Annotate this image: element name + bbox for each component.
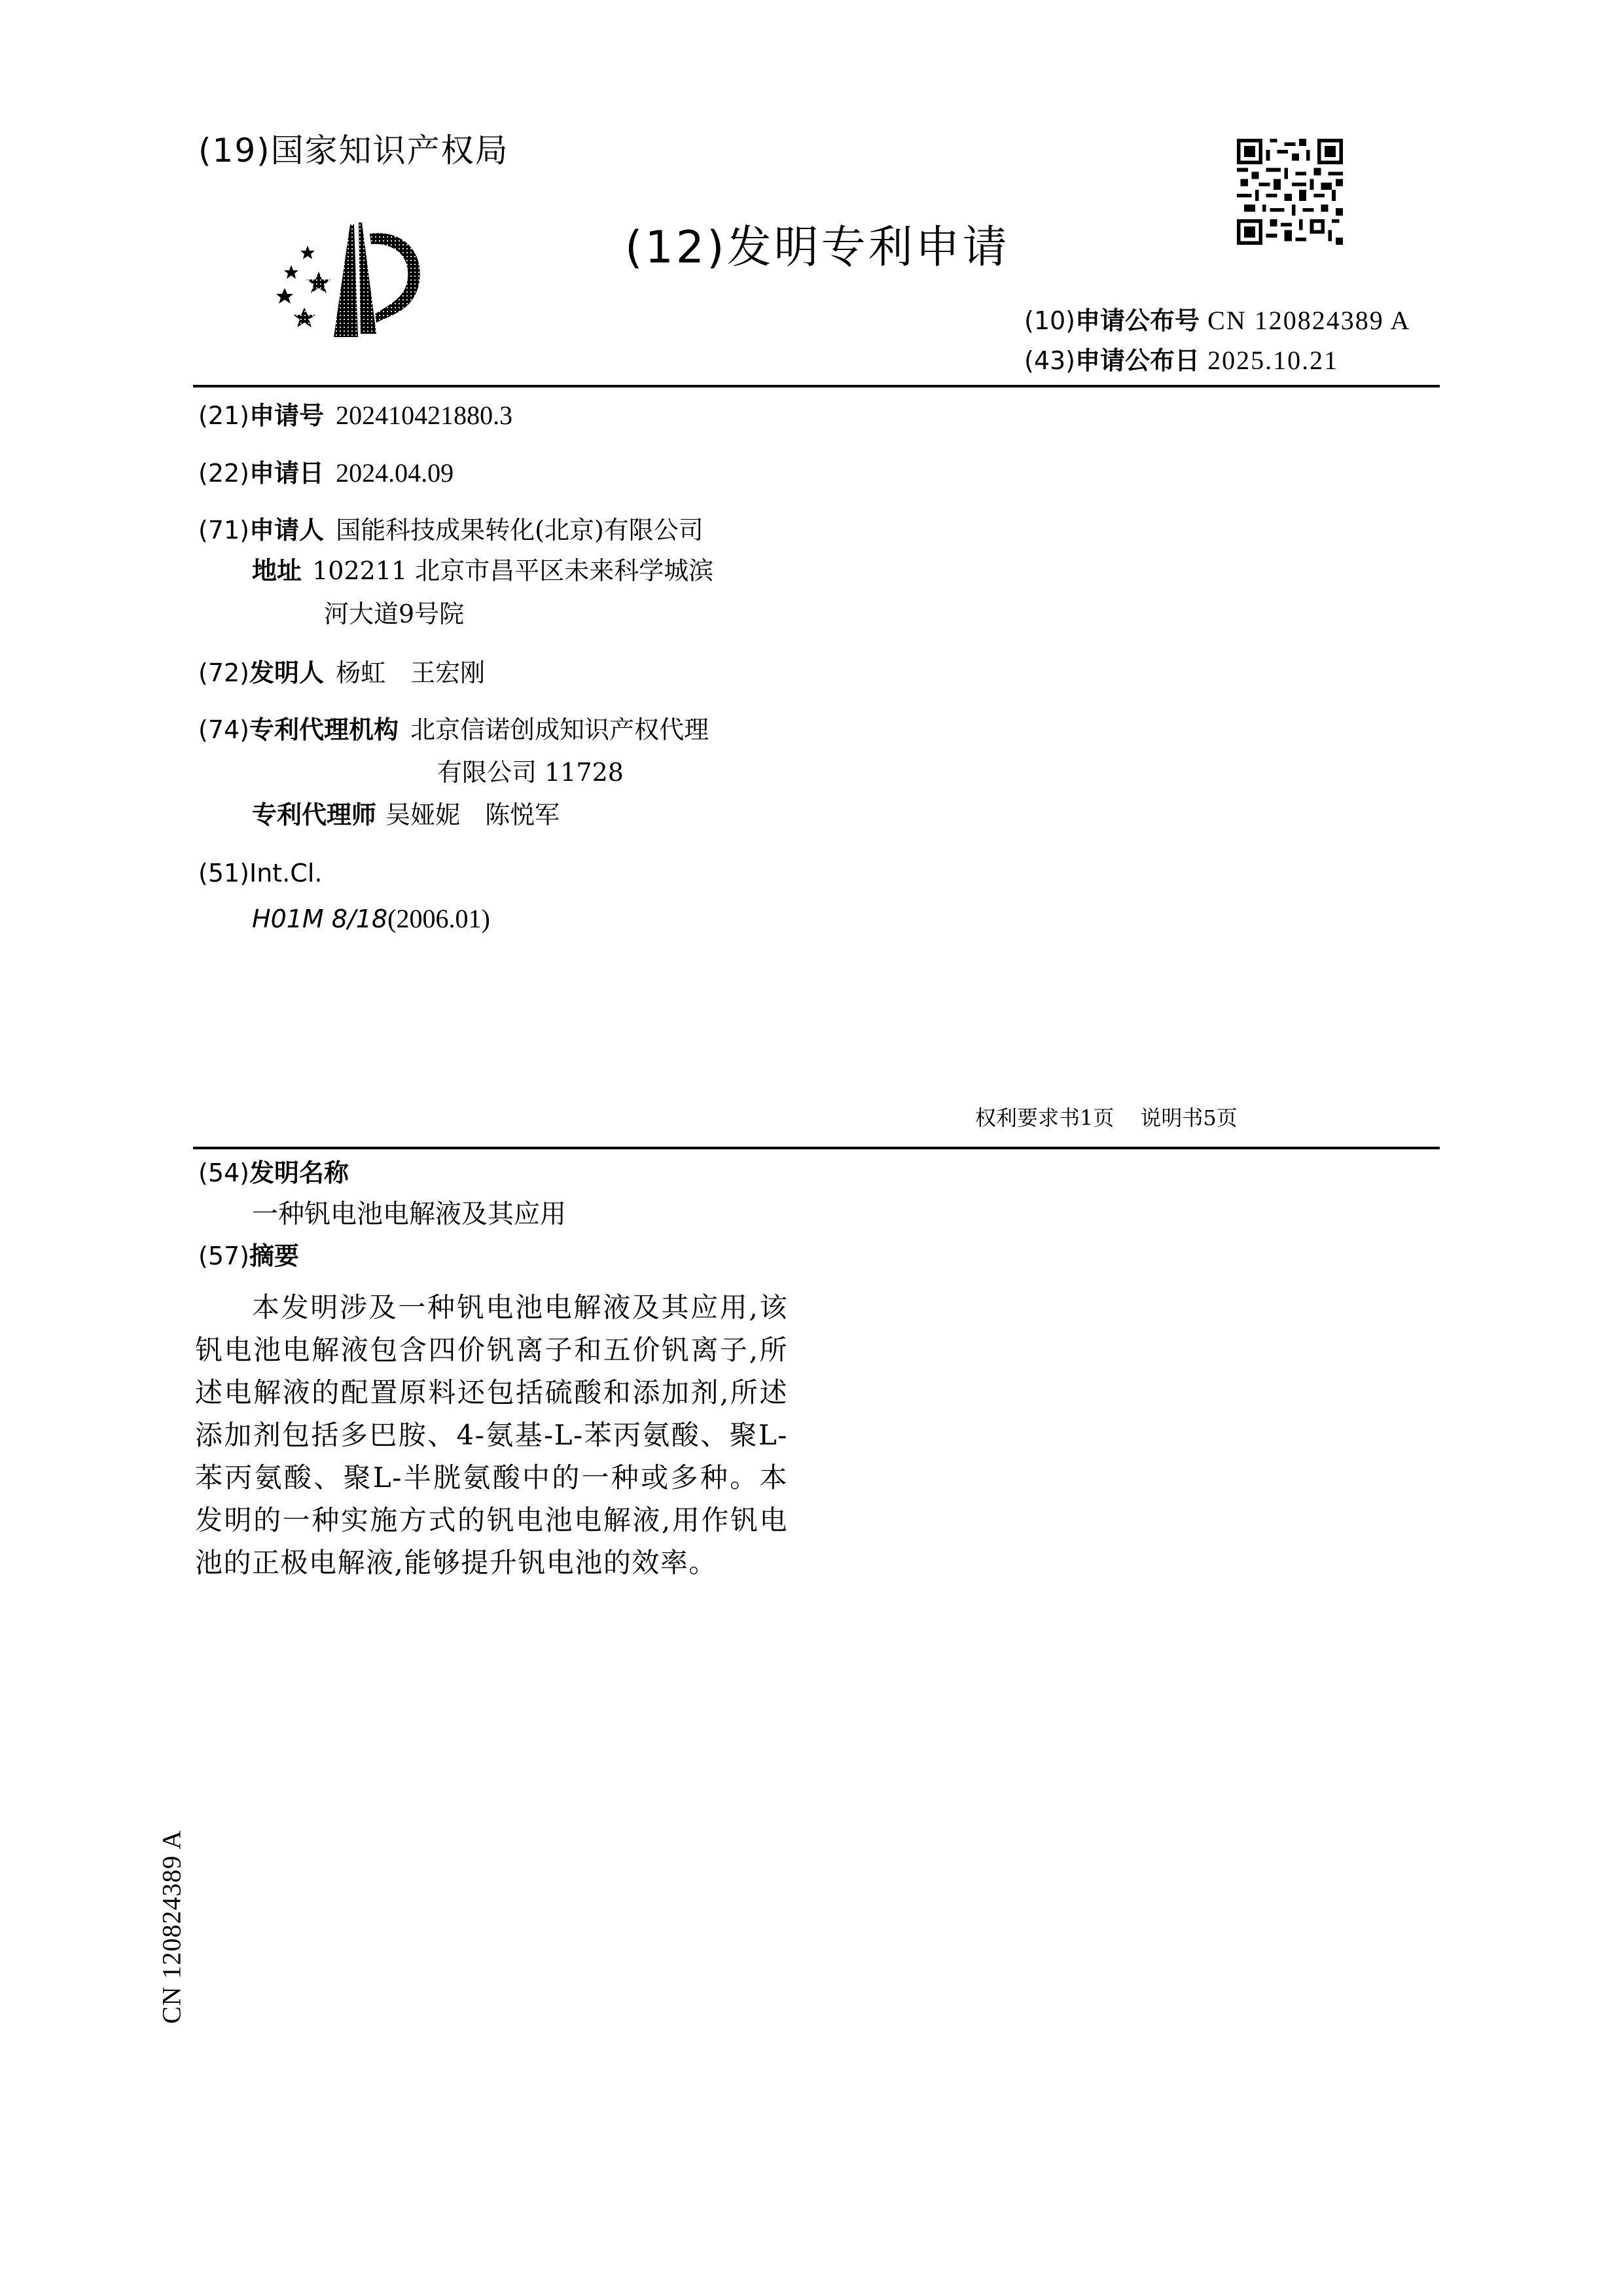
application-number-row: (21)申请号 202410421880.3 bbox=[198, 400, 512, 431]
agents-label: 专利代理师 bbox=[252, 800, 376, 829]
publication-number-label: 申请公布号 bbox=[1075, 306, 1200, 335]
inventors-label: 发明人 bbox=[249, 658, 324, 687]
description-page-count: 说明书5页 bbox=[1140, 1105, 1237, 1130]
ipc-code: (51) bbox=[198, 859, 249, 888]
filing-date-row: (22)申请日 2024.04.09 bbox=[198, 457, 454, 489]
publication-date-label: 申请公布日 bbox=[1075, 346, 1200, 375]
ipc-classification: H01M 8/18 bbox=[252, 905, 387, 933]
applicant-row: (71)申请人 国能科技成果转化(北京)有限公司 bbox=[198, 514, 704, 546]
doc-type-text: 发明专利申请 bbox=[727, 222, 1010, 274]
agents-value: 吴娅妮 陈悦军 bbox=[385, 800, 560, 829]
title-code: (54) bbox=[198, 1158, 249, 1187]
office-code: (19) bbox=[198, 132, 271, 170]
invention-title: 一种钒电池电解液及其应用 bbox=[252, 1198, 566, 1230]
publication-number-value: CN 120824389 A bbox=[1207, 306, 1410, 335]
publication-date-value: 2025.10.21 bbox=[1207, 346, 1338, 375]
header-divider bbox=[193, 385, 1440, 387]
inventors-code: (72) bbox=[198, 658, 249, 687]
side-publication-number: CN 120824389 A bbox=[156, 1830, 187, 2024]
applicant-label: 申请人 bbox=[249, 516, 324, 545]
publication-date-code: (43) bbox=[1024, 346, 1075, 375]
ipc-label: Int.Cl. bbox=[249, 859, 322, 888]
address-label: 地址 bbox=[252, 556, 302, 585]
applicant-value: 国能科技成果转化(北京)有限公司 bbox=[336, 516, 704, 545]
cnipa-logo-icon bbox=[272, 219, 422, 340]
address-line1: 102211 北京市昌平区未来科学城滨 bbox=[312, 556, 713, 585]
section-divider bbox=[193, 1147, 1440, 1149]
publication-date-row: (43)申请公布日 2025.10.21 bbox=[1024, 345, 1338, 376]
filing-date-value: 2024.04.09 bbox=[336, 458, 454, 488]
inventors-row: (72)发明人 杨虹 王宏刚 bbox=[198, 657, 485, 689]
office-name-text: 国家知识产权局 bbox=[271, 132, 509, 170]
application-number-value: 202410421880.3 bbox=[336, 401, 512, 430]
application-number-label: 申请号 bbox=[249, 401, 324, 430]
agency-label: 专利代理机构 bbox=[249, 715, 399, 744]
filing-date-label: 申请日 bbox=[249, 459, 324, 488]
abstract-label: 摘要 bbox=[249, 1242, 299, 1270]
agency-line1: 北京信诺创成知识产权代理 bbox=[410, 715, 709, 744]
agency-line2: 有限公司 11728 bbox=[437, 757, 624, 788]
abstract-heading: (57)摘要 bbox=[198, 1240, 299, 1272]
inventors-value: 杨虹 王宏刚 bbox=[336, 658, 485, 687]
title-label: 发明名称 bbox=[249, 1158, 349, 1187]
abstract-code: (57) bbox=[198, 1242, 249, 1270]
agency-code: (74) bbox=[198, 715, 249, 744]
publication-number-code: (10) bbox=[1024, 306, 1075, 335]
claims-page-count: 权利要求书1页 bbox=[975, 1105, 1114, 1130]
qr-code-icon bbox=[1237, 139, 1343, 245]
ipc-version: (2006.01) bbox=[387, 904, 490, 933]
application-number-code: (21) bbox=[198, 401, 249, 430]
publication-number-row: (10)申请公布号 CN 120824389 A bbox=[1024, 305, 1410, 336]
filing-date-code: (22) bbox=[198, 459, 249, 488]
agency-row: (74)专利代理机构 北京信诺创成知识产权代理 bbox=[198, 714, 709, 745]
address-line2: 河大道9号院 bbox=[324, 598, 464, 630]
doc-type-code: (12) bbox=[625, 222, 727, 274]
abstract-text: 本发明涉及一种钒电池电解液及其应用,该钒电池电解液包含四价钒离子和五价钒离子,所… bbox=[195, 1286, 788, 1584]
address-row: 地址 102211 北京市昌平区未来科学城滨 bbox=[252, 555, 713, 586]
ipc-row: (51)Int.Cl. bbox=[198, 857, 322, 889]
agents-row: 专利代理师 吴娅妮 陈悦军 bbox=[252, 799, 560, 831]
ipc-classification-row: H01M 8/18(2006.01) bbox=[252, 903, 490, 935]
document-type-title: (12)发明专利申请 bbox=[625, 220, 1010, 276]
applicant-code: (71) bbox=[198, 516, 249, 545]
page-counts: 权利要求书1页说明书5页 bbox=[975, 1105, 1238, 1131]
office-name: (19)国家知识产权局 bbox=[198, 130, 509, 171]
invention-title-heading: (54)发明名称 bbox=[198, 1157, 349, 1189]
